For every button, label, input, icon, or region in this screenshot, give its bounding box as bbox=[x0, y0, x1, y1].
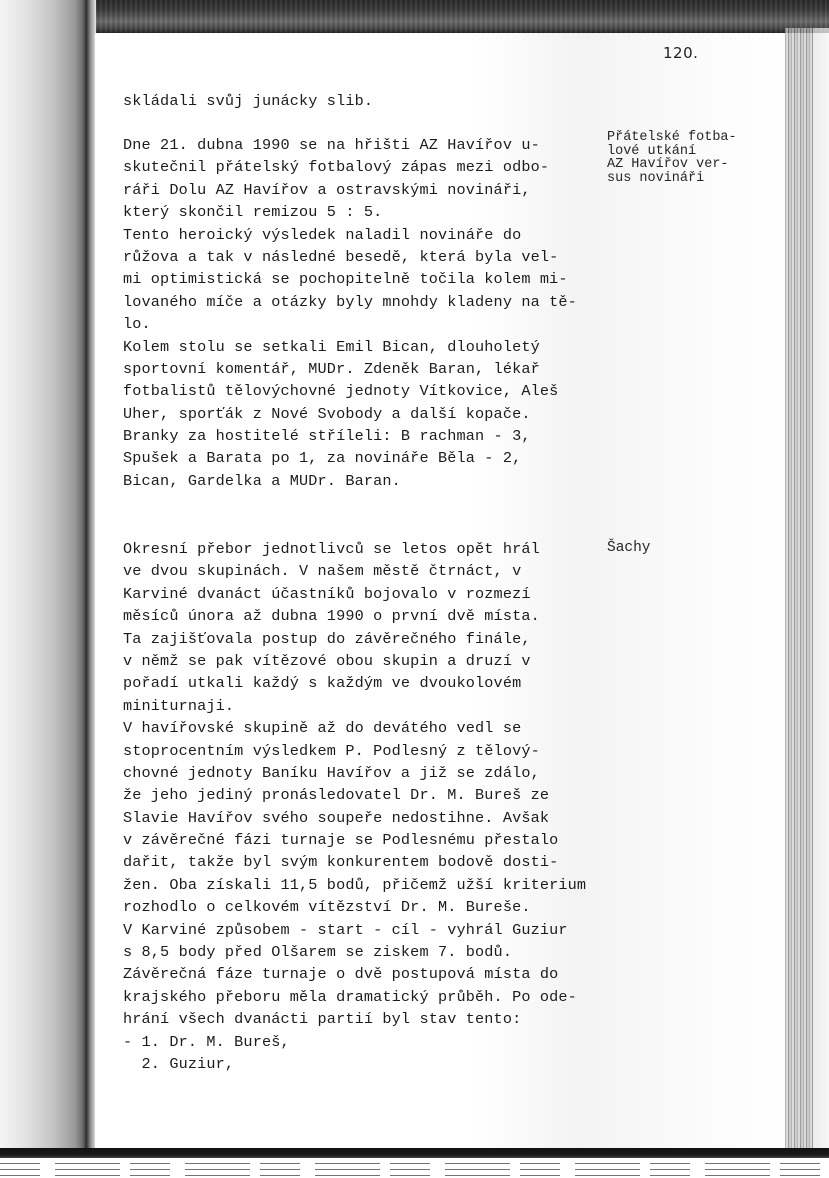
text-line: miniturnaji. bbox=[123, 695, 586, 717]
text-line: krajského přeboru měla dramatický průběh… bbox=[123, 986, 586, 1008]
text-line: Bican, Gardelka a MUDr. Baran. bbox=[123, 470, 577, 492]
text-line: Slavie Havířov svého soupeře nedostihne.… bbox=[123, 807, 586, 829]
text-line: Dne 21. dubna 1990 se na hřišti AZ Havíř… bbox=[123, 134, 577, 156]
margin-note-chess: Šachy bbox=[607, 542, 651, 556]
text-line: růžova a tak v následné besedě, která by… bbox=[123, 246, 577, 268]
text-line: Ta zajišťovala postup do závěrečného fin… bbox=[123, 628, 586, 650]
text-line: že jeho jediný pronásledovatel Dr. M. Bu… bbox=[123, 784, 586, 806]
scan-bottom-edge bbox=[0, 1148, 829, 1178]
scan-bottom-bar bbox=[0, 1148, 829, 1158]
text-line: Karviné dvanáct účastníků bojovalo v roz… bbox=[123, 583, 586, 605]
text-line: rozhodlo o celkovém vítězství Dr. M. Bur… bbox=[123, 896, 586, 918]
text-line: sportovní komentář, MUDr. Zdeněk Baran, … bbox=[123, 358, 577, 380]
text-line: žen. Oba získali 11,5 bodů, přičemž užší… bbox=[123, 874, 586, 896]
binding-edge bbox=[785, 28, 829, 1150]
text-line: skutečnil přátelský fotbalový zápas mezi… bbox=[123, 156, 577, 178]
text-line: Uher, sporťák z Nové Svobody a další kop… bbox=[123, 403, 577, 425]
text-line: Branky za hostitelé stříleli: B rachman … bbox=[123, 425, 577, 447]
text-line: který skončil remizou 5 : 5. bbox=[123, 201, 577, 223]
scan-bottom-lines bbox=[0, 1160, 829, 1178]
text-line: lové utkání bbox=[607, 145, 737, 159]
text-line: Spušek a Barata po 1, za novináře Běla -… bbox=[123, 447, 577, 469]
text-line: AZ Havířov ver- bbox=[607, 158, 737, 172]
text-line: V havířovské skupině až do devátého vedl… bbox=[123, 717, 586, 739]
text-line: lovaného míče a otázky byly mnohdy klade… bbox=[123, 291, 577, 313]
margin-note-football: Přátelské fotba-lové utkáníAZ Havířov ve… bbox=[607, 131, 737, 185]
text-line: dařit, takže byl svým konkurentem bodově… bbox=[123, 851, 586, 873]
text-line: v němž se pak vítězové obou skupin a dru… bbox=[123, 650, 586, 672]
paragraph-chess-tournament: Okresní přebor jednotlivců se letos opět… bbox=[123, 538, 586, 1075]
text-line: pořadí utkali každý s každým ve dvoukolo… bbox=[123, 672, 586, 694]
text-line: chovné jednoty Baníku Havířov a již se z… bbox=[123, 762, 586, 784]
text-line: Tento heroický výsledek naladil novináře… bbox=[123, 224, 577, 246]
text-line: 2. Guziur, bbox=[123, 1053, 586, 1075]
text-line: fotbalistů tělovýchovné jednoty Vítkovic… bbox=[123, 380, 577, 402]
text-line: lo. bbox=[123, 313, 577, 335]
text-line: stoprocentním výsledkem P. Podlesný z tě… bbox=[123, 740, 586, 762]
text-line: V Karviné způsobem - start - cíl - vyhrá… bbox=[123, 919, 586, 941]
text-line: sus novináři bbox=[607, 172, 737, 186]
text-line: s 8,5 body před Olšarem se ziskem 7. bod… bbox=[123, 941, 586, 963]
paragraph-intro: skládali svůj junácky slib. bbox=[123, 90, 373, 112]
page-number: 120. bbox=[663, 44, 698, 62]
text-line: Okresní přebor jednotlivců se letos opět… bbox=[123, 538, 586, 560]
text-line: měsíců února až dubna 1990 o první dvě m… bbox=[123, 605, 586, 627]
scan-top-edge bbox=[0, 0, 829, 33]
text-line: ve dvou skupinách. V našem městě čtrnáct… bbox=[123, 560, 586, 582]
text-line: hrání všech dvanácti partií byl stav ten… bbox=[123, 1008, 586, 1030]
text-line: Přátelské fotba- bbox=[607, 131, 737, 145]
text-line: Kolem stolu se setkali Emil Bican, dlouh… bbox=[123, 336, 577, 358]
text-line: - 1. Dr. M. Bureš, bbox=[123, 1031, 586, 1053]
text-line: Šachy bbox=[607, 542, 651, 556]
text-line: v závěrečné fázi turnaje se Podlesnému p… bbox=[123, 829, 586, 851]
previous-page-edge bbox=[0, 0, 96, 1150]
paragraph-football-match: Dne 21. dubna 1990 se na hřišti AZ Havíř… bbox=[123, 134, 577, 492]
text-line: mi optimistická se pochopitelně točila k… bbox=[123, 268, 577, 290]
text-line: skládali svůj junácky slib. bbox=[123, 90, 373, 112]
text-line: Závěrečná fáze turnaje o dvě postupová m… bbox=[123, 963, 586, 985]
text-line: ráři Dolu AZ Havířov a ostravskými novin… bbox=[123, 179, 577, 201]
